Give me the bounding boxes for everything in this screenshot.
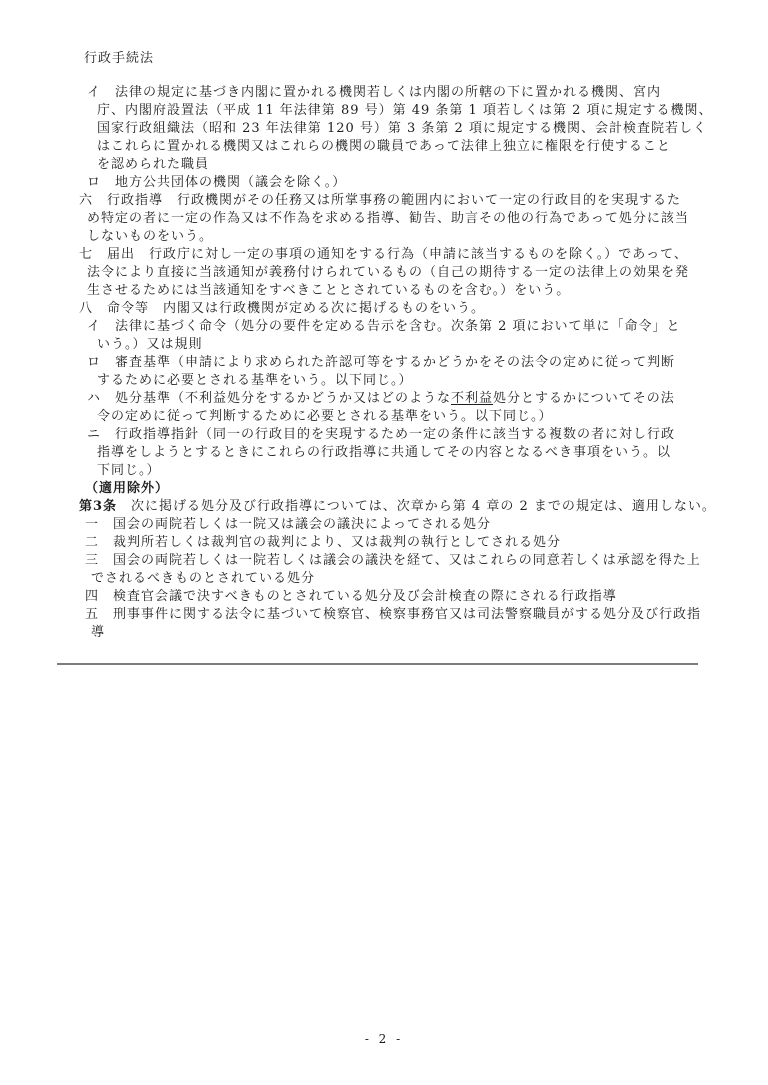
text-line: め特定の者に一定の作為又は不作為を求める指導、勧告、助言その他の行為であって処分… xyxy=(79,210,759,228)
paragraph: 五 刑事事件に関する法令に基づいて検察官、検察事務官又は司法警察職員がする処分及… xyxy=(79,606,759,642)
item-marker: 第3条 xyxy=(79,499,131,514)
item-marker: イ xyxy=(87,85,115,100)
text-line: イ 法律の規定に基づき内閣に置かれる機関若しくは内閣の所轄の下に置かれる機関、宮… xyxy=(79,84,759,102)
text-line: 導 xyxy=(79,624,759,642)
text-segment: 刑事事件に関する法令に基づいて検察官、検察事務官又は司法警察職員がする処分及び行… xyxy=(113,607,701,622)
text-line: 六 行政指導 行政機関がその任務又は所掌事務の範囲内において一定の行政目的を実現… xyxy=(79,192,759,210)
text-line: はこれらに置かれる機関又はこれらの機関の職員であって法律上独立に権限を行使するこ… xyxy=(79,138,759,156)
text-line: いう。）又は規則 xyxy=(79,336,759,354)
item-marker: 二 xyxy=(85,535,113,550)
text-line: 生させるためには当該通知をすべきこととされているものを含む。）をいう。 xyxy=(79,282,759,300)
item-marker: 一 xyxy=(85,517,113,532)
text-line: 一 国会の両院若しくは一院又は議会の議決によってされる処分 xyxy=(79,516,759,534)
text-segment: 導 xyxy=(91,625,105,640)
text-segment: 届出 行政庁に対し一定の事項の通知をする行為（申請に該当するものを除く。）であっ… xyxy=(107,247,688,262)
text-line: でされるべきものとされている処分 xyxy=(79,570,759,588)
paragraph: 二 裁判所若しくは裁判官の裁判により、又は裁判の執行としてされる処分 xyxy=(79,534,759,552)
horizontal-divider xyxy=(57,663,698,665)
text-line: 国家行政組織法（昭和 23 年法律第 120 号）第 3 条第 2 項に規定する… xyxy=(79,120,759,138)
paragraph: 七 届出 行政庁に対し一定の事項の通知をする行為（申請に該当するものを除く。）で… xyxy=(79,246,759,300)
text-line: （適用除外） xyxy=(79,480,759,498)
text-segment: 裁判所若しくは裁判官の裁判により、又は裁判の執行としてされる処分 xyxy=(113,535,561,550)
text-segment: 指導をしようとするときにこれらの行政指導に共通してその内容となるべき事項をいう。… xyxy=(97,445,671,460)
document-body: イ 法律の規定に基づき内閣に置かれる機関若しくは内閣の所轄の下に置かれる機関、宮… xyxy=(79,84,759,642)
text-segment: でされるべきものとされている処分 xyxy=(91,571,315,586)
paragraph: 四 検査官会議で決すべきものとされている処分及び会計検査の際にされる行政指導 xyxy=(79,588,759,606)
item-marker: ハ xyxy=(87,391,115,406)
text-segment: 下同じ。） xyxy=(97,463,161,478)
text-line: 下同じ。） xyxy=(79,462,759,480)
text-segment: 審査基準（申請により求められた許認可等をするかどうかをその法令の定めに従って判断 xyxy=(115,355,675,370)
text-line: しないものをいう。 xyxy=(79,228,759,246)
text-segment: 法律の規定に基づき内閣に置かれる機関若しくは内閣の所轄の下に置かれる機関、宮内 xyxy=(115,85,661,100)
text-segment: 地方公共団体の機関（議会を除く。） xyxy=(115,175,346,190)
text-segment: 行政指導 行政機関がその任務又は所掌事務の範囲内において一定の行政目的を実現する… xyxy=(107,193,681,208)
underlined-text: 不利益 xyxy=(451,391,493,406)
text-line: 法令により直接に当該通知が義務付けられているもの（自己の期待する一定の法律上の効… xyxy=(79,264,759,282)
text-line: ロ 地方公共団体の機関（議会を除く。） xyxy=(79,174,759,192)
text-segment: 命令等 内閣又は行政機関が定める次に掲げるものをいう。 xyxy=(107,301,485,316)
page-number: - 2 - xyxy=(0,1030,768,1048)
text-segment: 生させるためには当該通知をすべきこととされているものを含む。）をいう。 xyxy=(87,283,570,298)
text-line: ニ 行政指導指針（同一の行政目的を実現するため一定の条件に該当する複数の者に対し… xyxy=(79,426,759,444)
text-line: ハ 処分基準（不利益処分をするかどうか又はどのような不利益処分とするかについてそ… xyxy=(79,390,759,408)
text-segment: 庁、内閣府設置法（平成 11 年法律第 89 号）第 49 条第 1 項若しくは… xyxy=(97,103,713,118)
item-marker: 四 xyxy=(85,589,113,604)
text-segment: しないものをいう。 xyxy=(87,229,213,244)
text-segment: 国会の両院若しくは一院若しくは議会の議決を経て、又はこれらの同意若しくは承認を得… xyxy=(113,553,701,568)
item-marker: 三 xyxy=(85,553,113,568)
item-marker: 六 xyxy=(79,193,107,208)
paragraph: ニ 行政指導指針（同一の行政目的を実現するため一定の条件に該当する複数の者に対し… xyxy=(79,426,759,480)
text-line: を認められた職員 xyxy=(79,156,759,174)
paragraph: ハ 処分基準（不利益処分をするかどうか又はどのような不利益処分とするかについてそ… xyxy=(79,390,759,426)
text-segment: 処分基準（不利益処分をするかどうか又はどのような xyxy=(115,391,451,406)
item-marker: 五 xyxy=(85,607,113,622)
paragraph: 一 国会の両院若しくは一院又は議会の議決によってされる処分 xyxy=(79,516,759,534)
item-marker: ロ xyxy=(87,355,115,370)
paragraph: 八 命令等 内閣又は行政機関が定める次に掲げるものをいう。 xyxy=(79,300,759,318)
text-segment: 国家行政組織法（昭和 23 年法律第 120 号）第 3 条第 2 項に規定する… xyxy=(97,121,707,136)
text-line: 三 国会の両院若しくは一院若しくは議会の議決を経て、又はこれらの同意若しくは承認… xyxy=(79,552,759,570)
section-heading: （適用除外） xyxy=(79,480,759,498)
document-title: 行政手続法 xyxy=(84,50,154,68)
text-segment: 法令により直接に当該通知が義務付けられているもの（自己の期待する一定の法律上の効… xyxy=(87,265,689,280)
text-segment: 国会の両院若しくは一院又は議会の議決によってされる処分 xyxy=(113,517,491,532)
text-segment: 検査官会議で決すべきものとされている処分及び会計検査の際にされる行政指導 xyxy=(113,589,617,604)
text-segment: いう。）又は規則 xyxy=(97,337,203,352)
text-line: 八 命令等 内閣又は行政機関が定める次に掲げるものをいう。 xyxy=(79,300,759,318)
paragraph: 六 行政指導 行政機関がその任務又は所掌事務の範囲内において一定の行政目的を実現… xyxy=(79,192,759,246)
text-line: 指導をしようとするときにこれらの行政指導に共通してその内容となるべき事項をいう。… xyxy=(79,444,759,462)
text-segment: 法律に基づく命令（処分の要件を定める告示を含む。次条第 2 項において単に「命令… xyxy=(115,319,681,334)
text-line: ロ 審査基準（申請により求められた許認可等をするかどうかをその法令の定めに従って… xyxy=(79,354,759,372)
text-segment: 令の定めに従って判断するために必要とされる基準をいう。以下同じ。） xyxy=(97,409,553,424)
text-line: 七 届出 行政庁に対し一定の事項の通知をする行為（申請に該当するものを除く。）で… xyxy=(79,246,759,264)
text-segment: （適用除外） xyxy=(85,481,169,496)
text-line: するために必要とされる基準をいう。以下同じ。） xyxy=(79,372,759,390)
text-segment: 処分とするかについてその法 xyxy=(493,391,675,406)
text-segment: はこれらに置かれる機関又はこれらの機関の職員であって法律上独立に権限を行使するこ… xyxy=(97,139,671,154)
item-marker: イ xyxy=(87,319,115,334)
text-line: 令の定めに従って判断するために必要とされる基準をいう。以下同じ。） xyxy=(79,408,759,426)
paragraph: ロ 地方公共団体の機関（議会を除く。） xyxy=(79,174,759,192)
text-line: 庁、内閣府設置法（平成 11 年法律第 89 号）第 49 条第 1 項若しくは… xyxy=(79,102,759,120)
text-segment: 次に掲げる処分及び行政指導については、次章から第 4 章の 2 までの規定は、適… xyxy=(131,499,716,514)
text-line: 第3条 次に掲げる処分及び行政指導については、次章から第 4 章の 2 までの規… xyxy=(79,498,759,516)
paragraph: 三 国会の両院若しくは一院若しくは議会の議決を経て、又はこれらの同意若しくは承認… xyxy=(79,552,759,588)
paragraph: ロ 審査基準（申請により求められた許認可等をするかどうかをその法令の定めに従って… xyxy=(79,354,759,390)
item-marker: ニ xyxy=(87,427,115,442)
text-line: 四 検査官会議で決すべきものとされている処分及び会計検査の際にされる行政指導 xyxy=(79,588,759,606)
paragraph: イ 法律の規定に基づき内閣に置かれる機関若しくは内閣の所轄の下に置かれる機関、宮… xyxy=(79,84,759,174)
text-line: イ 法律に基づく命令（処分の要件を定める告示を含む。次条第 2 項において単に「… xyxy=(79,318,759,336)
text-segment: め特定の者に一定の作為又は不作為を求める指導、勧告、助言その他の行為であって処分… xyxy=(87,211,689,226)
item-marker: 七 xyxy=(79,247,107,262)
text-segment: 行政指導指針（同一の行政目的を実現するため一定の条件に該当する複数の者に対し行政 xyxy=(115,427,675,442)
text-line: 二 裁判所若しくは裁判官の裁判により、又は裁判の執行としてされる処分 xyxy=(79,534,759,552)
document-page: 行政手続法 イ 法律の規定に基づき内閣に置かれる機関若しくは内閣の所轄の下に置か… xyxy=(0,0,768,1085)
paragraph: イ 法律に基づく命令（処分の要件を定める告示を含む。次条第 2 項において単に「… xyxy=(79,318,759,354)
text-segment: を認められた職員 xyxy=(97,157,209,172)
text-segment: するために必要とされる基準をいう。以下同じ。） xyxy=(97,373,413,388)
item-marker: ロ xyxy=(87,175,115,190)
item-marker: 八 xyxy=(79,301,107,316)
paragraph: 第3条 次に掲げる処分及び行政指導については、次章から第 4 章の 2 までの規… xyxy=(79,498,759,516)
text-line: 五 刑事事件に関する法令に基づいて検察官、検察事務官又は司法警察職員がする処分及… xyxy=(79,606,759,624)
